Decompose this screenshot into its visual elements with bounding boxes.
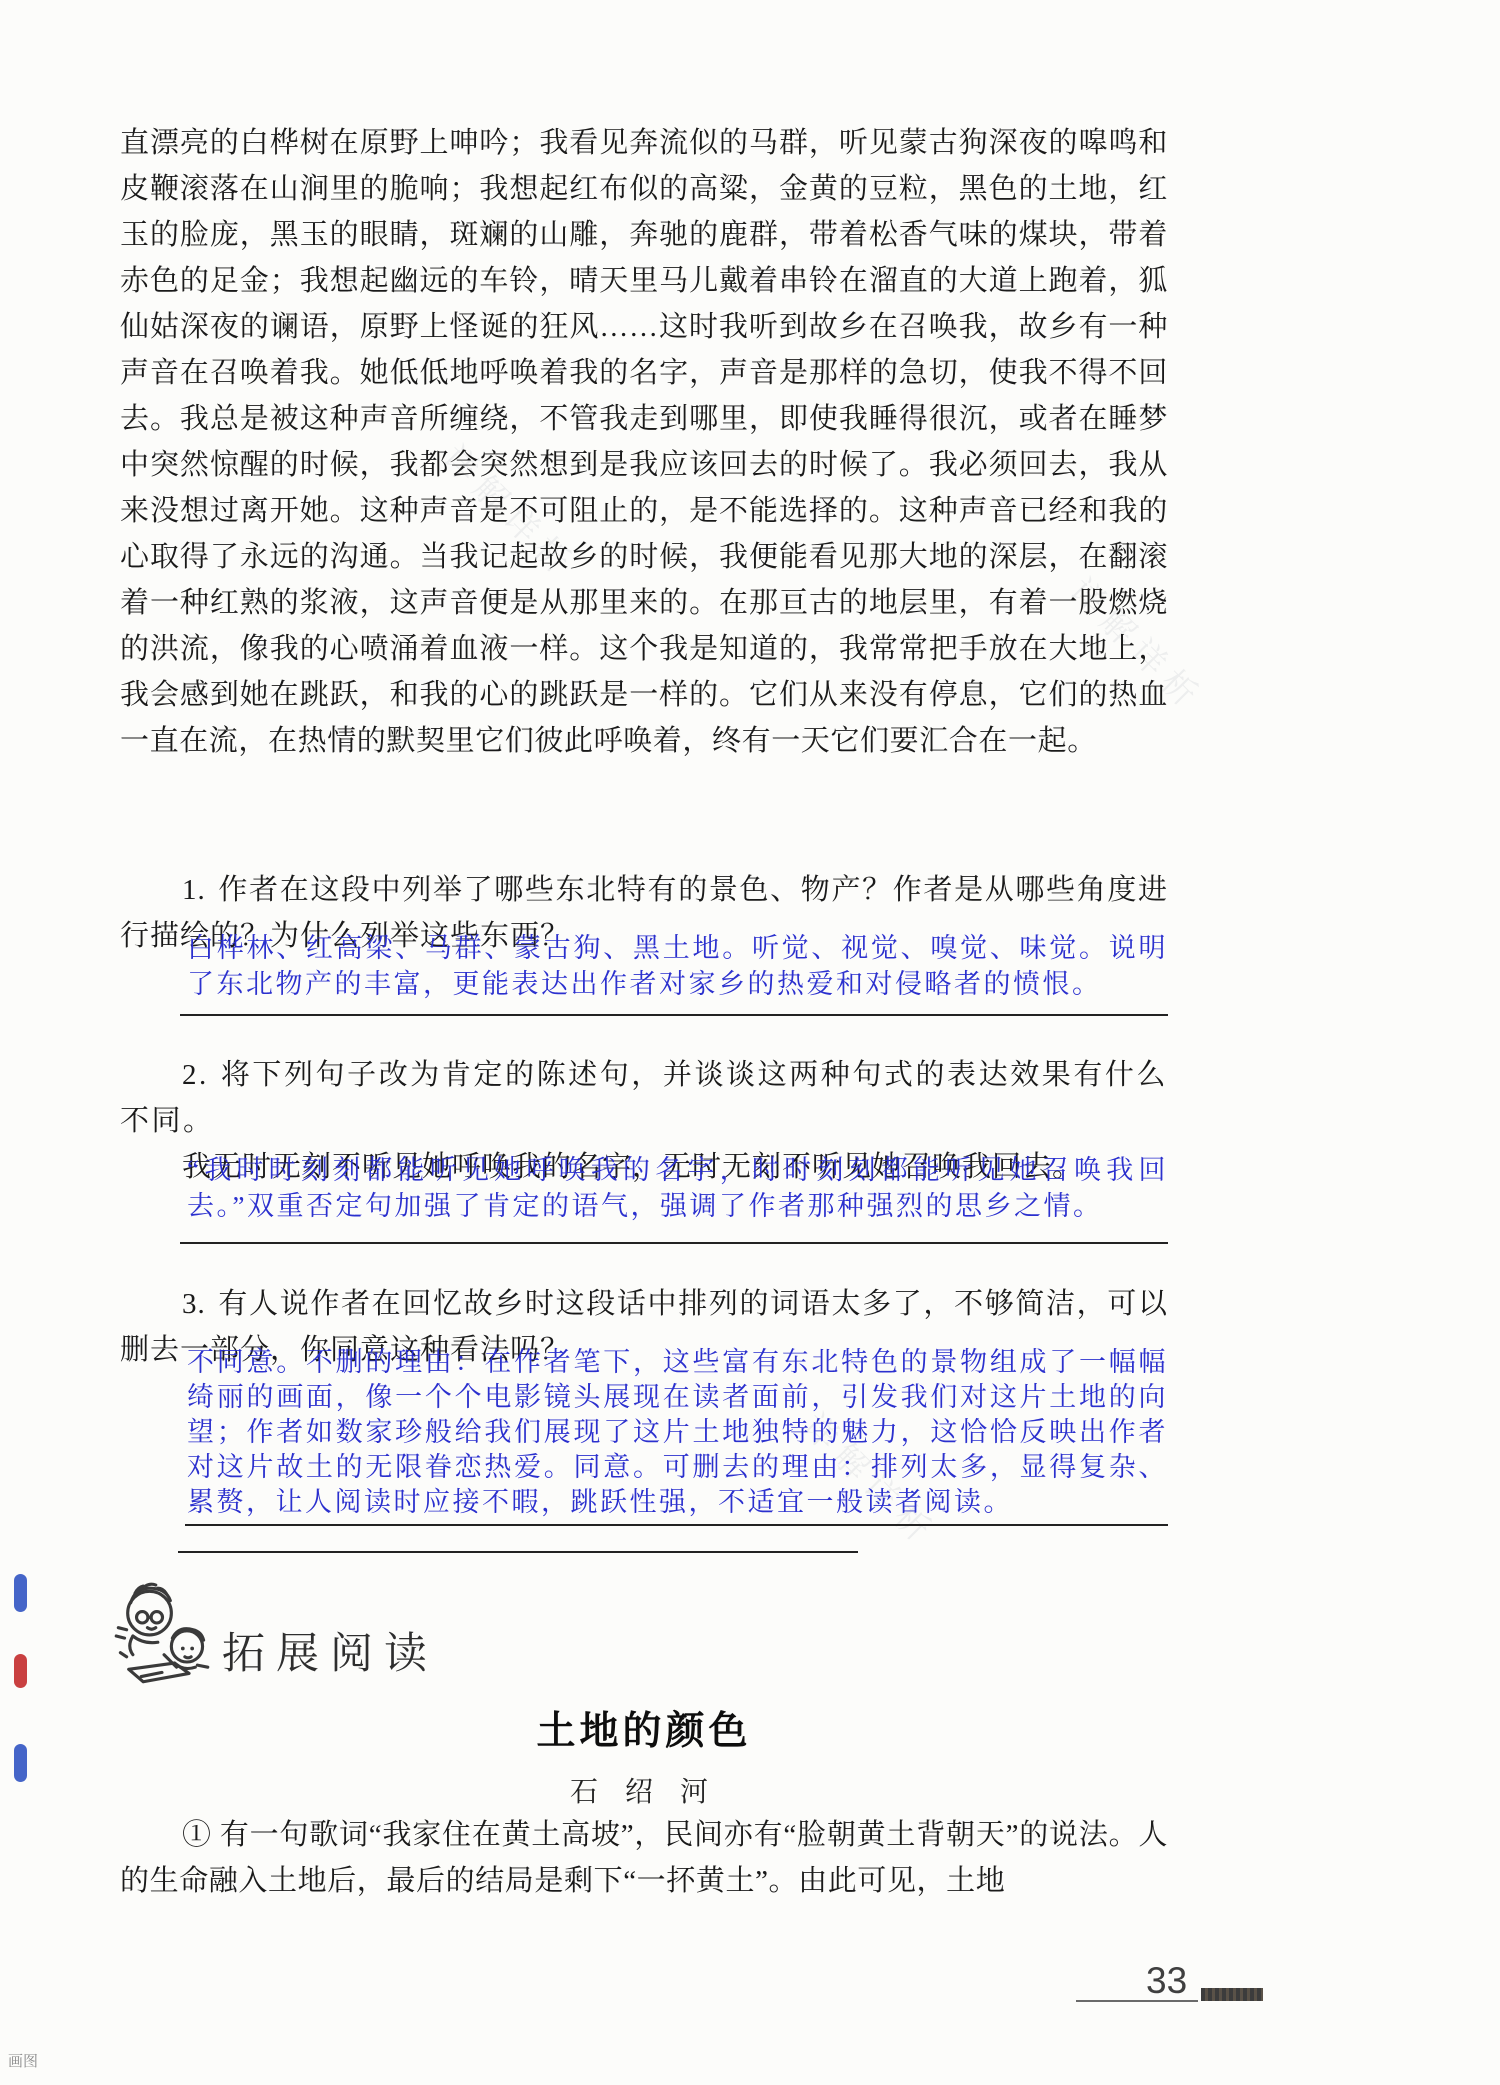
page-number-underline <box>1076 2000 1198 2002</box>
question-1-number: 1. <box>182 874 206 906</box>
answer-1: 白桦林、红高梁、马群、蒙古狗、黑土地。听觉、视觉、嗅觉、味觉。说明了东北物产的丰… <box>187 930 1168 1002</box>
page-number: 33 <box>1146 1960 1187 2002</box>
question-2-number: 2. <box>182 1059 209 1091</box>
children-reading-icon <box>110 1572 214 1700</box>
edge-marker-blue <box>14 1574 27 1612</box>
lesson-passage: 直漂亮的白桦树在原野上呻吟；我看见奔流似的马群，听见蒙古狗深夜的嗥鸣和皮鞭滚落在… <box>120 120 1168 764</box>
reading-author: 石 绍 河 <box>120 1770 1168 1810</box>
section-header-label: 拓展阅读 <box>222 1620 438 1681</box>
reading-title: 土地的颜色 <box>120 1700 1168 1756</box>
screen-corner-label: 画图 <box>8 2050 38 2071</box>
edge-marker-blue <box>14 1744 27 1782</box>
question-2: 2.将下列句子改为肯定的陈述句，并谈谈这两种句式的表达效果有什么不同。 <box>120 1052 1168 1144</box>
page-corner-strip <box>1201 1988 1263 2001</box>
answer-2: “我时时刻刻都能听见她呼唤我的名字，时时刻刻都能听见她召唤我回去。”双重否定句加… <box>187 1152 1168 1224</box>
question-3-number: 3. <box>182 1288 206 1320</box>
extended-reading-section-header: 拓展阅读 <box>110 1572 438 1700</box>
textbook-page: 详解详析 详解详析 详解详析 直漂亮的白桦树在原野上呻吟；我看见奔流似的马群，听… <box>0 0 1500 2085</box>
section-divider-rule <box>178 1551 858 1553</box>
answer-3: 不同意。不删的理由：在作者笔下，这些富有东北特色的景物组成了一幅幅绮丽的画面，像… <box>187 1345 1168 1520</box>
reading-paragraph-1: ① 有一句歌词“我家住在黄土高坡”，民间亦有“脸朝黄土背朝天”的说法。人的生命融… <box>120 1812 1168 1904</box>
question-2-text: 将下列句子改为肯定的陈述句，并谈谈这两种句式的表达效果有什么不同。 <box>120 1059 1168 1137</box>
divider-rule <box>180 1014 1168 1016</box>
divider-rule <box>185 1524 1168 1526</box>
edge-marker-red <box>14 1654 27 1688</box>
divider-rule <box>180 1242 1168 1244</box>
